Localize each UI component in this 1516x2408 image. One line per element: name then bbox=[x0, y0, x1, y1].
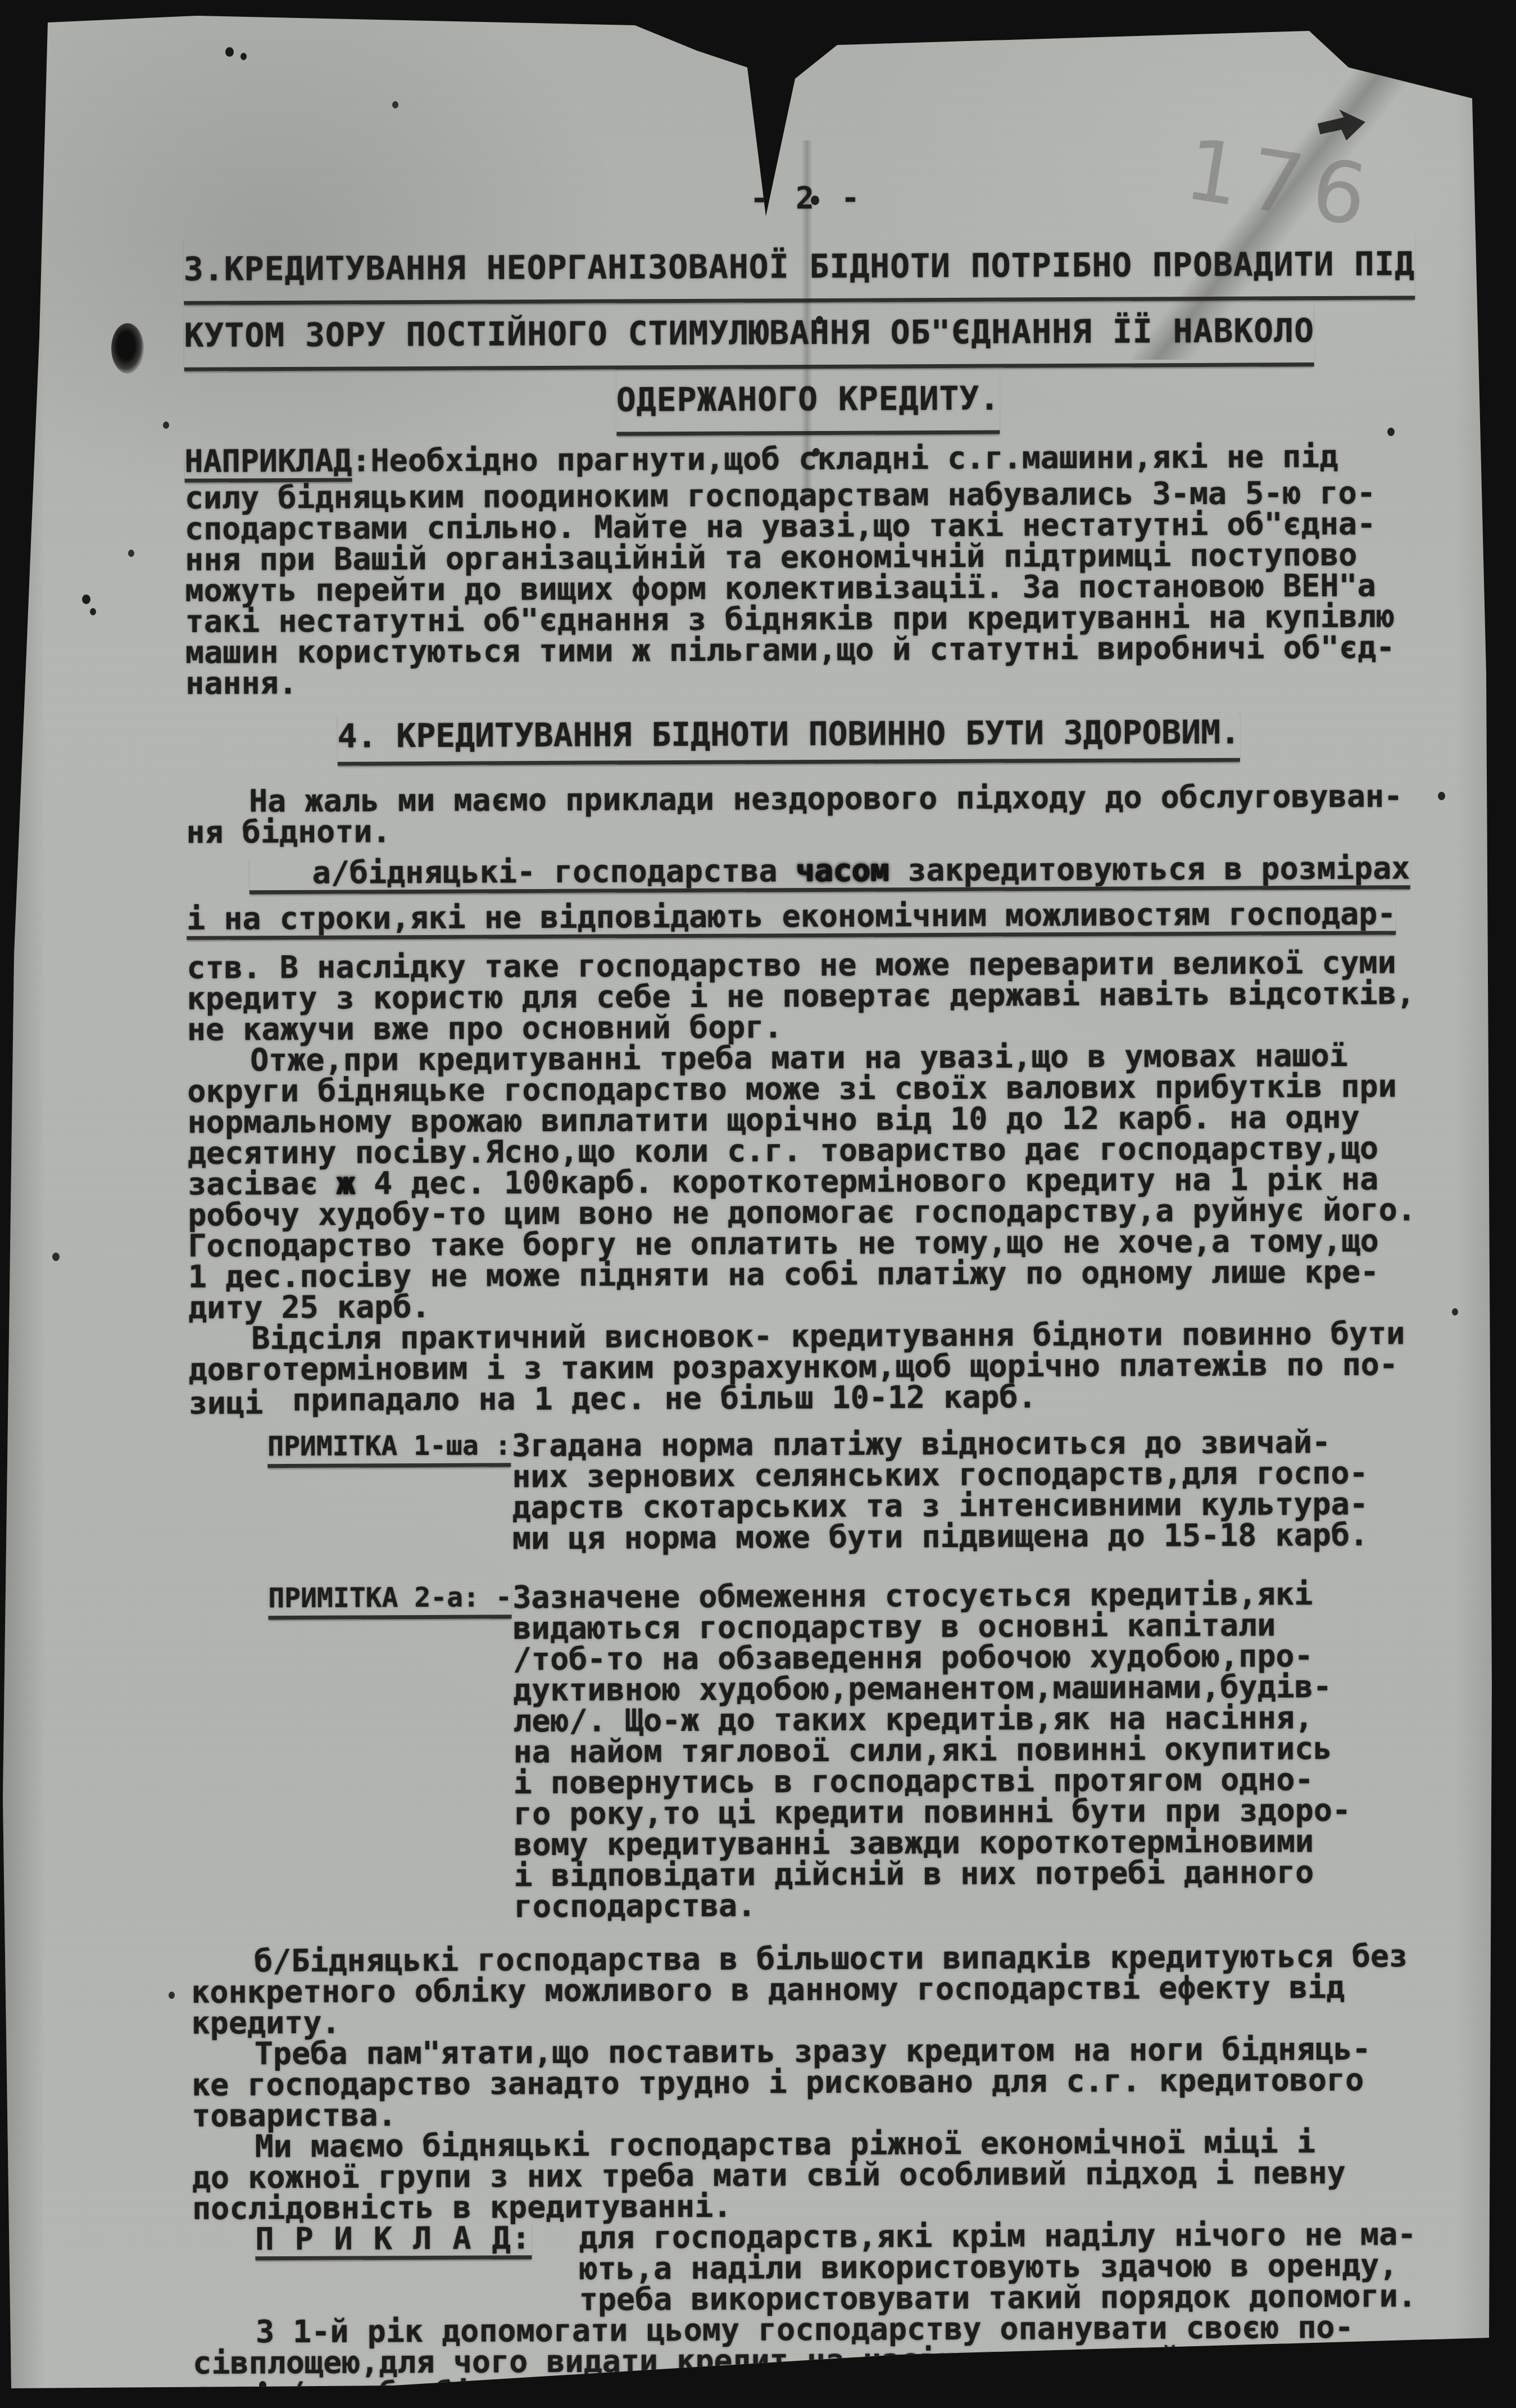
text-line: ке господарство занадто трудно і рискова… bbox=[192, 2064, 1439, 2101]
text-line: господарства. bbox=[514, 1887, 1438, 1922]
text-line: КУТОМ ЗОРУ ПОСТІЙНОГО СТИМУЛЮВАННЯ ОБ"ЄД… bbox=[184, 300, 1431, 371]
item-a-line-2: і на строки,які не відповідають економіч… bbox=[187, 898, 1434, 940]
text-line: і на строки,які не відповідають економіч… bbox=[187, 898, 1434, 940]
text-segment: часом bbox=[796, 852, 889, 888]
document-page: 176 - 2 - 3.КРЕДИТУВАННЯ НЕОРГАНІЗОВАНОЇ… bbox=[0, 0, 1516, 2408]
note-1-text: Згадана норма платіжу відноситься до зви… bbox=[512, 1426, 1437, 1554]
underlined-text: КУТОМ ЗОРУ ПОСТІЙНОГО СТИМУЛЮВАННЯ ОБ"ЄД… bbox=[184, 300, 1314, 371]
text-line: ми ця норма може бути підвищена до 15-18… bbox=[512, 1519, 1437, 1554]
item-a-line: а/бідняцькі- господарства часом закредит… bbox=[187, 852, 1434, 895]
text-line: машин користуються тими ж пільгами,що й … bbox=[185, 632, 1433, 668]
section-3-heading: 3.КРЕДИТУВАННЯ НЕОРГАНІЗОВАНОЇ БІДНОТИ П… bbox=[184, 233, 1432, 438]
text-line: сили /на обробіток і засів/. bbox=[193, 2373, 1440, 2408]
note-2: ПРИМІТКА 2-а: - Зазначене обмеження стос… bbox=[189, 1578, 1438, 1924]
text-line: зиціприпадало на 1 дес. не більш 10-12 к… bbox=[189, 1380, 1436, 1416]
text-line: а/бідняцькі- господарства часом закредит… bbox=[187, 852, 1434, 895]
example-block: П Р И К Л А Д: для господарств,які крім … bbox=[192, 2219, 1440, 2317]
underlined-text: і на строки,які не відповідають економіч… bbox=[187, 898, 1396, 940]
page-number: - 2 - bbox=[183, 180, 1431, 216]
text-line: ня бідноти. bbox=[186, 811, 1433, 848]
text-line: до кожної групи з них треба мати свій ос… bbox=[192, 2157, 1440, 2193]
paper-hole bbox=[111, 323, 144, 374]
body-paragraphs: ств. В наслідку таке господарство не мож… bbox=[187, 947, 1436, 1416]
text-line: сівплощею,для чого видати кредит на насі… bbox=[193, 2342, 1440, 2379]
paragraph-napryklad: НАПРИКЛАД:Необхідно прагнути,щоб складні… bbox=[184, 441, 1433, 699]
text-line: На жаль ми маємо приклади нездорового пі… bbox=[186, 781, 1433, 817]
typewritten-text: - 2 - 3.КРЕДИТУВАННЯ НЕОРГАНІЗОВАНОЇ БІД… bbox=[183, 180, 1440, 2408]
scan-background: 176 - 2 - 3.КРЕДИТУВАННЯ НЕОРГАНІЗОВАНОЇ… bbox=[0, 0, 1516, 2408]
paragraph-mymaemo: Ми маємо бідняцькі господарства ріжної е… bbox=[192, 2126, 1440, 2224]
text-line: кредиту з користю для себе і не повертає… bbox=[187, 978, 1435, 1014]
section-4-heading: 4. КРЕДИТУВАННЯ БІДНОТИ ПОВИННО БУТИ ЗДО… bbox=[337, 708, 1433, 766]
underlined-text: 3.КРЕДИТУВАННЯ НЕОРГАНІЗОВАНОЇ БІДНОТИ П… bbox=[184, 233, 1415, 305]
underlined-text: ОДЕРЖАНОГО КРЕДИТУ. bbox=[616, 368, 1000, 436]
ink-specks bbox=[0, 0, 4, 5]
underlined-text: а/бідняцькі- господарства часом закредит… bbox=[249, 852, 1410, 894]
text-line: 1 дес.посіву не може підняти на собі пла… bbox=[188, 1256, 1436, 1293]
note-1-label: ПРИМІТКА 1-ша : bbox=[267, 1430, 511, 1468]
text-line: і відповідати дійсній в них потребі данн… bbox=[514, 1856, 1438, 1891]
note-2-label: ПРИМІТКА 2-а: - bbox=[268, 1582, 512, 1620]
note-2-text: Зазначене обмеження стосується кредитів,… bbox=[512, 1578, 1438, 1922]
example-text: для господарств,які крім наділу нічого н… bbox=[579, 2219, 1440, 2315]
note-1: ПРИМІТКА 1-ша : Згадана норма платіжу ві… bbox=[189, 1426, 1437, 1556]
paragraph-final: З 1-й рік допомогати цьому господарству … bbox=[193, 2311, 1441, 2408]
text-line: конкретного обліку можливого в данному г… bbox=[191, 1971, 1438, 2008]
paragraph-treba: Треба пам"ятати,що поставить зразу креди… bbox=[192, 2033, 1440, 2132]
example-label: П Р И К Л А Д: bbox=[255, 2223, 532, 2260]
text-segment: НАПРИКЛАД bbox=[184, 446, 352, 483]
section-4-heading-text: 4. КРЕДИТУВАННЯ БІДНОТИ ПОВИННО БУТИ ЗДО… bbox=[337, 709, 1240, 766]
text-line: ОДЕРЖАНОГО КРЕДИТУ. bbox=[184, 366, 1432, 438]
text-line: 3.КРЕДИТУВАННЯ НЕОРГАНІЗОВАНОЇ БІДНОТИ П… bbox=[184, 233, 1431, 305]
text-segment: зиці bbox=[189, 1385, 264, 1421]
text-line: треба використовувати такий порядок допо… bbox=[579, 2280, 1440, 2315]
paragraph-item-b: б/Бідняцькі господарства в більшости вип… bbox=[191, 1940, 1439, 2039]
paragraph-nazhal: На жаль ми маємо приклади нездорового пі… bbox=[186, 781, 1433, 848]
